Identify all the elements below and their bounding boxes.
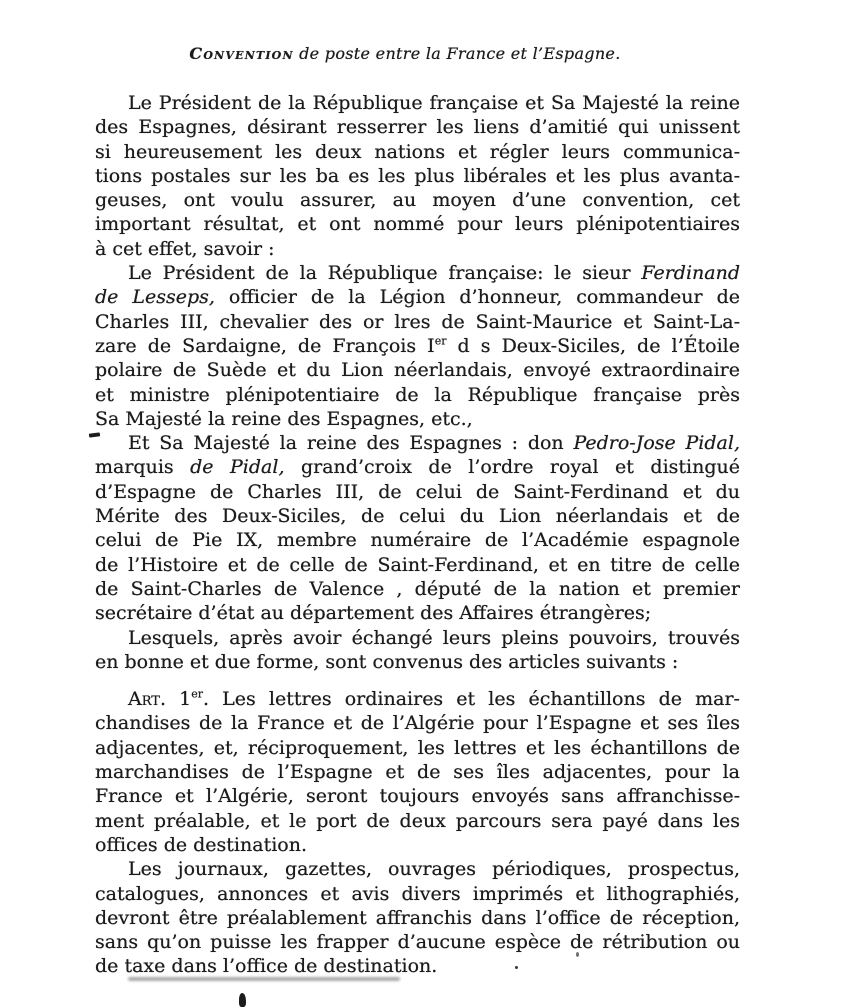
text-run: 1 [166, 688, 191, 710]
text-run: er [191, 688, 203, 701]
text-run: Ferdinand [641, 262, 740, 284]
text-run: Le Président de la République française:… [128, 262, 641, 284]
text-line: de Lesseps, officier de la Légion d’honn… [95, 285, 740, 309]
paragraph: Le Président de la République française … [95, 91, 740, 261]
text-run: Et Sa Majesté la reine des Espagnes : do… [128, 432, 573, 454]
text-run: de Pidal, [190, 456, 284, 478]
text-run: ment préalable, et le port de deux parco… [95, 810, 740, 832]
text-line: à cet effet, savoir : [95, 237, 740, 261]
text-run: en bonne et due forme, sont convenus des… [95, 651, 678, 673]
text-run: Lesquels, après avoir échangé leurs plei… [128, 627, 740, 649]
text-run: officier de la Légion d’honneur, command… [215, 286, 740, 308]
text-run: et ministre plénipotentiaire de la Répub… [95, 384, 740, 406]
paragraph: Lesquels, après avoir échangé leurs plei… [95, 626, 740, 675]
text-run: Mérite des Deux-Siciles, de celui du Lio… [95, 505, 740, 527]
scanned-document-page: Convention de poste entre la France et l… [0, 0, 842, 1007]
text-line: adjacentes, et, réciproquement, les lett… [95, 736, 740, 760]
text-run: Charles III, chevalier des or lres de Sa… [95, 311, 740, 333]
text-run: France et l’Algérie, seront toujours env… [95, 785, 740, 807]
text-run: des Espagnes, désirant resserrer les lie… [95, 116, 740, 138]
text-run: d’Espagne de Charles III, de celui de Sa… [95, 481, 740, 503]
text-line: France et l’Algérie, seront toujours env… [95, 784, 740, 808]
text-run: de taxe dans l’office de destination. [95, 955, 437, 977]
text-run: zare de Sardaigne, de François I [95, 335, 435, 357]
text-line: des Espagnes, désirant resserrer les lie… [95, 115, 740, 139]
text-line: de Saint-Charles de Valence , député de … [95, 577, 740, 601]
page-title: Convention de poste entre la France et l… [75, 44, 735, 63]
scan-artifact-streak [128, 977, 400, 981]
text-line: devront être préalablement affranchis da… [95, 906, 740, 930]
text-run: d s Deux-Siciles, de l’Étoile [446, 335, 740, 357]
text-line: ment préalable, et le port de deux parco… [95, 809, 740, 833]
text-line: chandises de la France et de l’Algérie p… [95, 711, 740, 735]
text-run: marquis [95, 456, 190, 478]
text-line: sans qu’on puisse les frapper d’aucune e… [95, 930, 740, 954]
text-run: de l’Histoire et de celle de Saint-Ferdi… [95, 554, 740, 576]
text-line: si heureusement les deux nations et régl… [95, 140, 740, 164]
text-line: offices de destination. [95, 833, 740, 857]
page-title-smallcaps: Convention [189, 44, 293, 63]
text-run: important résultat, et ont nommé pour le… [95, 213, 740, 235]
text-run: Le Président de la République française … [128, 92, 740, 114]
text-run: offices de destination. [95, 834, 307, 856]
text-line: secrétaire d’état au département des Aff… [95, 601, 740, 625]
text-run: celui de Pie IX, membre numéraire de l’A… [95, 529, 740, 551]
text-block: Le Président de la République française … [95, 91, 740, 979]
page-title-rest: de poste entre la France et l’Espagne. [294, 44, 621, 63]
text-line: polaire de Suède et du Lion néerlandais,… [95, 358, 740, 382]
text-line: de taxe dans l’office de destination. [95, 954, 740, 978]
text-line: Lesquels, après avoir échangé leurs plei… [95, 626, 740, 650]
text-line: celui de Pie IX, membre numéraire de l’A… [95, 528, 740, 552]
text-line: marchandises de l’Espagne et de ses îles… [95, 760, 740, 784]
text-run: Sa Majesté la reine des Espagnes, etc., [95, 408, 473, 430]
text-line: en bonne et due forme, sont convenus des… [95, 650, 740, 674]
text-line: de l’Histoire et de celle de Saint-Ferdi… [95, 553, 740, 577]
text-line: geuses, ont voulu assurer, au moyen d’un… [95, 188, 740, 212]
text-line: marquis de Pidal, grand’croix de l’ordre… [95, 455, 740, 479]
text-line: Art. 1er. Les lettres ordinaires et les … [95, 687, 740, 711]
text-run: grand’croix de l’ordre royal et distingu… [285, 456, 741, 478]
text-run: si heureusement les deux nations et régl… [95, 141, 740, 163]
text-run: adjacentes, et, réciproquement, les lett… [95, 737, 740, 759]
text-run: chandises de la France et de l’Algérie p… [95, 712, 740, 734]
text-line: Sa Majesté la reine des Espagnes, etc., [95, 407, 740, 431]
text-run: Les journaux, gazettes, ouvrages périodi… [128, 858, 740, 880]
text-run: Pedro-Jose Pidal, [573, 432, 740, 454]
text-line: et ministre plénipotentiaire de la Répub… [95, 383, 740, 407]
text-line: zare de Sardaigne, de François Ier d s D… [95, 334, 740, 358]
text-line: Mérite des Deux-Siciles, de celui du Lio… [95, 504, 740, 528]
text-run: geuses, ont voulu assurer, au moyen d’un… [95, 189, 740, 211]
text-line: catalogues, annonces et avis divers impr… [95, 882, 740, 906]
paragraph: Art. 1er. Les lettres ordinaires et les … [95, 687, 740, 857]
text-run: marchandises de l’Espagne et de ses îles… [95, 761, 740, 783]
text-line: Le Président de la République française:… [95, 261, 740, 285]
text-run: de Lesseps, [95, 286, 215, 308]
paragraph: Le Président de la République française:… [95, 261, 740, 431]
text-run: Art. [128, 688, 166, 710]
text-line: Charles III, chevalier des or lres de Sa… [95, 310, 740, 334]
text-run: sans qu’on puisse les frapper d’aucune e… [95, 931, 740, 953]
text-run: er [435, 335, 447, 348]
scan-artifact-inkblot [239, 993, 246, 1007]
text-run: secrétaire d’état au département des Aff… [95, 602, 651, 624]
paragraph: Et Sa Majesté la reine des Espagnes : do… [95, 431, 740, 625]
text-run: de Saint-Charles de Valence , député de … [95, 578, 740, 600]
text-run: tions postales sur les ba es les plus li… [95, 165, 740, 187]
text-run: catalogues, annonces et avis divers impr… [95, 883, 740, 905]
text-line: tions postales sur les ba es les plus li… [95, 164, 740, 188]
text-run: devront être préalablement affranchis da… [95, 907, 740, 929]
scan-artifact-speck [515, 966, 518, 969]
text-run: à cet effet, savoir : [95, 238, 274, 260]
text-line: d’Espagne de Charles III, de celui de Sa… [95, 480, 740, 504]
text-line: Les journaux, gazettes, ouvrages périodi… [95, 857, 740, 881]
text-line: important résultat, et ont nommé pour le… [95, 212, 740, 236]
text-run: polaire de Suède et du Lion néerlandais,… [95, 359, 740, 381]
scan-artifact-speck [576, 952, 579, 957]
text-run: . Les lettres ordinaires et les échantil… [203, 688, 740, 710]
paragraph: Les journaux, gazettes, ouvrages périodi… [95, 857, 740, 978]
text-line: Le Président de la République française … [95, 91, 740, 115]
text-line: Et Sa Majesté la reine des Espagnes : do… [95, 431, 740, 455]
